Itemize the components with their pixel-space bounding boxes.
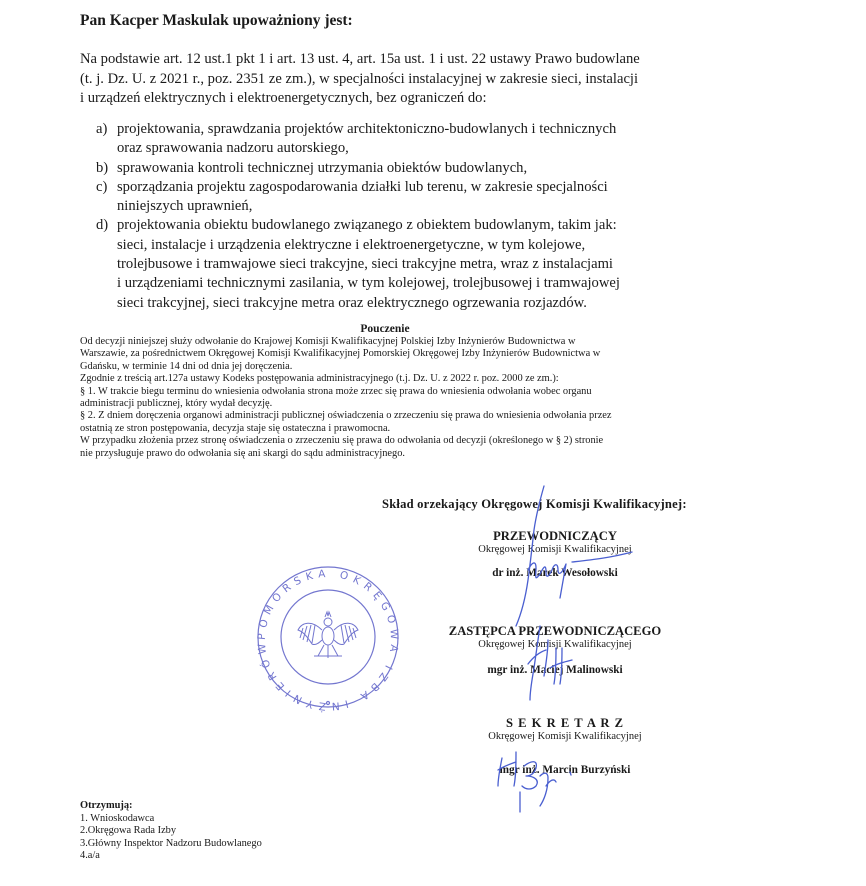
scope-item-letter: b) bbox=[96, 159, 117, 178]
scope-item-line: oraz sprawowania nadzoru autorskiego, bbox=[117, 139, 616, 158]
scope-item-line: sieci, instalacje i urządzenia elektrycz… bbox=[117, 236, 620, 255]
instruction-line: Warszawie, za pośrednictwem Okręgowej Ko… bbox=[80, 348, 612, 360]
chairman-block: PRZEWODNICZĄCY Okręgowej Komisji Kwalifi… bbox=[440, 529, 670, 579]
scope-item-line: projektowania, sprawdzania projektów arc… bbox=[117, 120, 616, 139]
instruction-line: Gdańsku, w terminie 14 dni od dnia jej d… bbox=[80, 361, 612, 373]
scope-item-line: sprawowania kontroli technicznej utrzyma… bbox=[117, 159, 527, 178]
member-name: mgr inż. Marcin Burzyński bbox=[460, 764, 670, 776]
instruction-paragraph: Od decyzji niniejszej służy odwołanie do… bbox=[80, 336, 612, 460]
recipient-item: 2.Okręgowa Rada Izby bbox=[80, 825, 262, 838]
recipients-title: Otrzymują: bbox=[80, 800, 262, 813]
scope-list: a) projektowania, sprawdzania projektów … bbox=[96, 120, 620, 313]
member-org: Okręgowej Komisji Kwalifikacyjnej bbox=[460, 731, 670, 742]
recipient-item: 4.a/a bbox=[80, 850, 262, 863]
instruction-line: administracji publicznej, który wydał de… bbox=[80, 398, 612, 410]
member-name: dr inż. Marek Wesołowski bbox=[440, 567, 670, 579]
member-role: PRZEWODNICZĄCY bbox=[440, 529, 670, 544]
instruction-line: ostatnią ze stron postępowania, decyzja … bbox=[80, 423, 612, 435]
scope-item-line: niniejszych uprawnień, bbox=[117, 197, 608, 216]
legal-basis-line: i urządzeń elektrycznych i elektroenerge… bbox=[80, 89, 640, 109]
document-heading: Pan Kacper Maskulak upoważniony jest: bbox=[80, 12, 353, 30]
scope-item-line: trolejbusowe i tramwajowe sieci trakcyjn… bbox=[117, 255, 620, 274]
member-org: Okręgowej Komisji Kwalifikacyjnej bbox=[430, 639, 680, 650]
instruction-line: nie przysługuje prawo do odwołania się a… bbox=[80, 448, 612, 460]
vice-chairman-block: ZASTĘPCA PRZEWODNICZĄCEGO Okręgowej Komi… bbox=[430, 624, 680, 676]
scope-item-letter: d) bbox=[96, 216, 117, 312]
member-name: mgr inż. Maciej Malinowski bbox=[430, 664, 680, 676]
scope-item-line: sporządzania projektu zagospodarowania d… bbox=[117, 178, 608, 197]
scope-item-c: c) sporządzania projektu zagospodarowani… bbox=[96, 178, 620, 217]
legal-basis-line: (t. j. Dz. U. z 2021 r., poz. 2351 ze zm… bbox=[80, 70, 640, 90]
scope-item-d: d) projektowania obiektu budowlanego zwi… bbox=[96, 216, 620, 312]
scope-item-letter: c) bbox=[96, 178, 117, 217]
secretary-block: S E K R E T A R Z Okręgowej Komisji Kwal… bbox=[460, 716, 670, 776]
recipient-item: 3.Główny Inspektor Nadzoru Budowlanego bbox=[80, 838, 262, 851]
scope-item-b: b) sprawowania kontroli technicznej utrz… bbox=[96, 159, 620, 178]
member-role: S E K R E T A R Z bbox=[460, 716, 670, 731]
member-role: ZASTĘPCA PRZEWODNICZĄCEGO bbox=[430, 624, 680, 639]
recipients-list: Otrzymują: 1. Wnioskodawca 2.Okręgowa Ra… bbox=[80, 800, 262, 863]
instruction-line: § 1. W trakcie biegu terminu do wniesien… bbox=[80, 386, 612, 398]
scope-item-letter: a) bbox=[96, 120, 117, 159]
member-org: Okręgowej Komisji Kwalifikacyjnej bbox=[440, 544, 670, 555]
legal-basis-paragraph: Na podstawie art. 12 ust.1 pkt 1 i art. … bbox=[80, 50, 640, 109]
scope-item-line: projektowania obiektu budowlanego związa… bbox=[117, 216, 620, 235]
stamp-outer-ring bbox=[258, 567, 398, 707]
instruction-line: Od decyzji niniejszej służy odwołanie do… bbox=[80, 336, 612, 348]
instruction-title: Pouczenie bbox=[0, 323, 770, 335]
committee-title: Skład orzekający Okręgowej Komisji Kwali… bbox=[382, 497, 687, 512]
scope-item-line: sieci trakcyjnej, sieci trakcyjne metra … bbox=[117, 294, 620, 313]
stamp-inner-ring bbox=[281, 590, 375, 684]
legal-basis-line: Na podstawie art. 12 ust.1 pkt 1 i art. … bbox=[80, 50, 640, 70]
eagle-emblem-icon bbox=[298, 612, 358, 658]
scope-item-a: a) projektowania, sprawdzania projektów … bbox=[96, 120, 620, 159]
instruction-line: Zgodnie z treścią art.127a ustawy Kodeks… bbox=[80, 373, 612, 385]
instruction-line: W przypadku złożenia przez stronę oświad… bbox=[80, 435, 612, 447]
recipient-item: 1. Wnioskodawca bbox=[80, 813, 262, 826]
instruction-line: § 2. Z dniem doręczenia organowi adminis… bbox=[80, 410, 612, 422]
scope-item-line: i urządzeniami technicznymi zasilania, w… bbox=[117, 274, 620, 293]
